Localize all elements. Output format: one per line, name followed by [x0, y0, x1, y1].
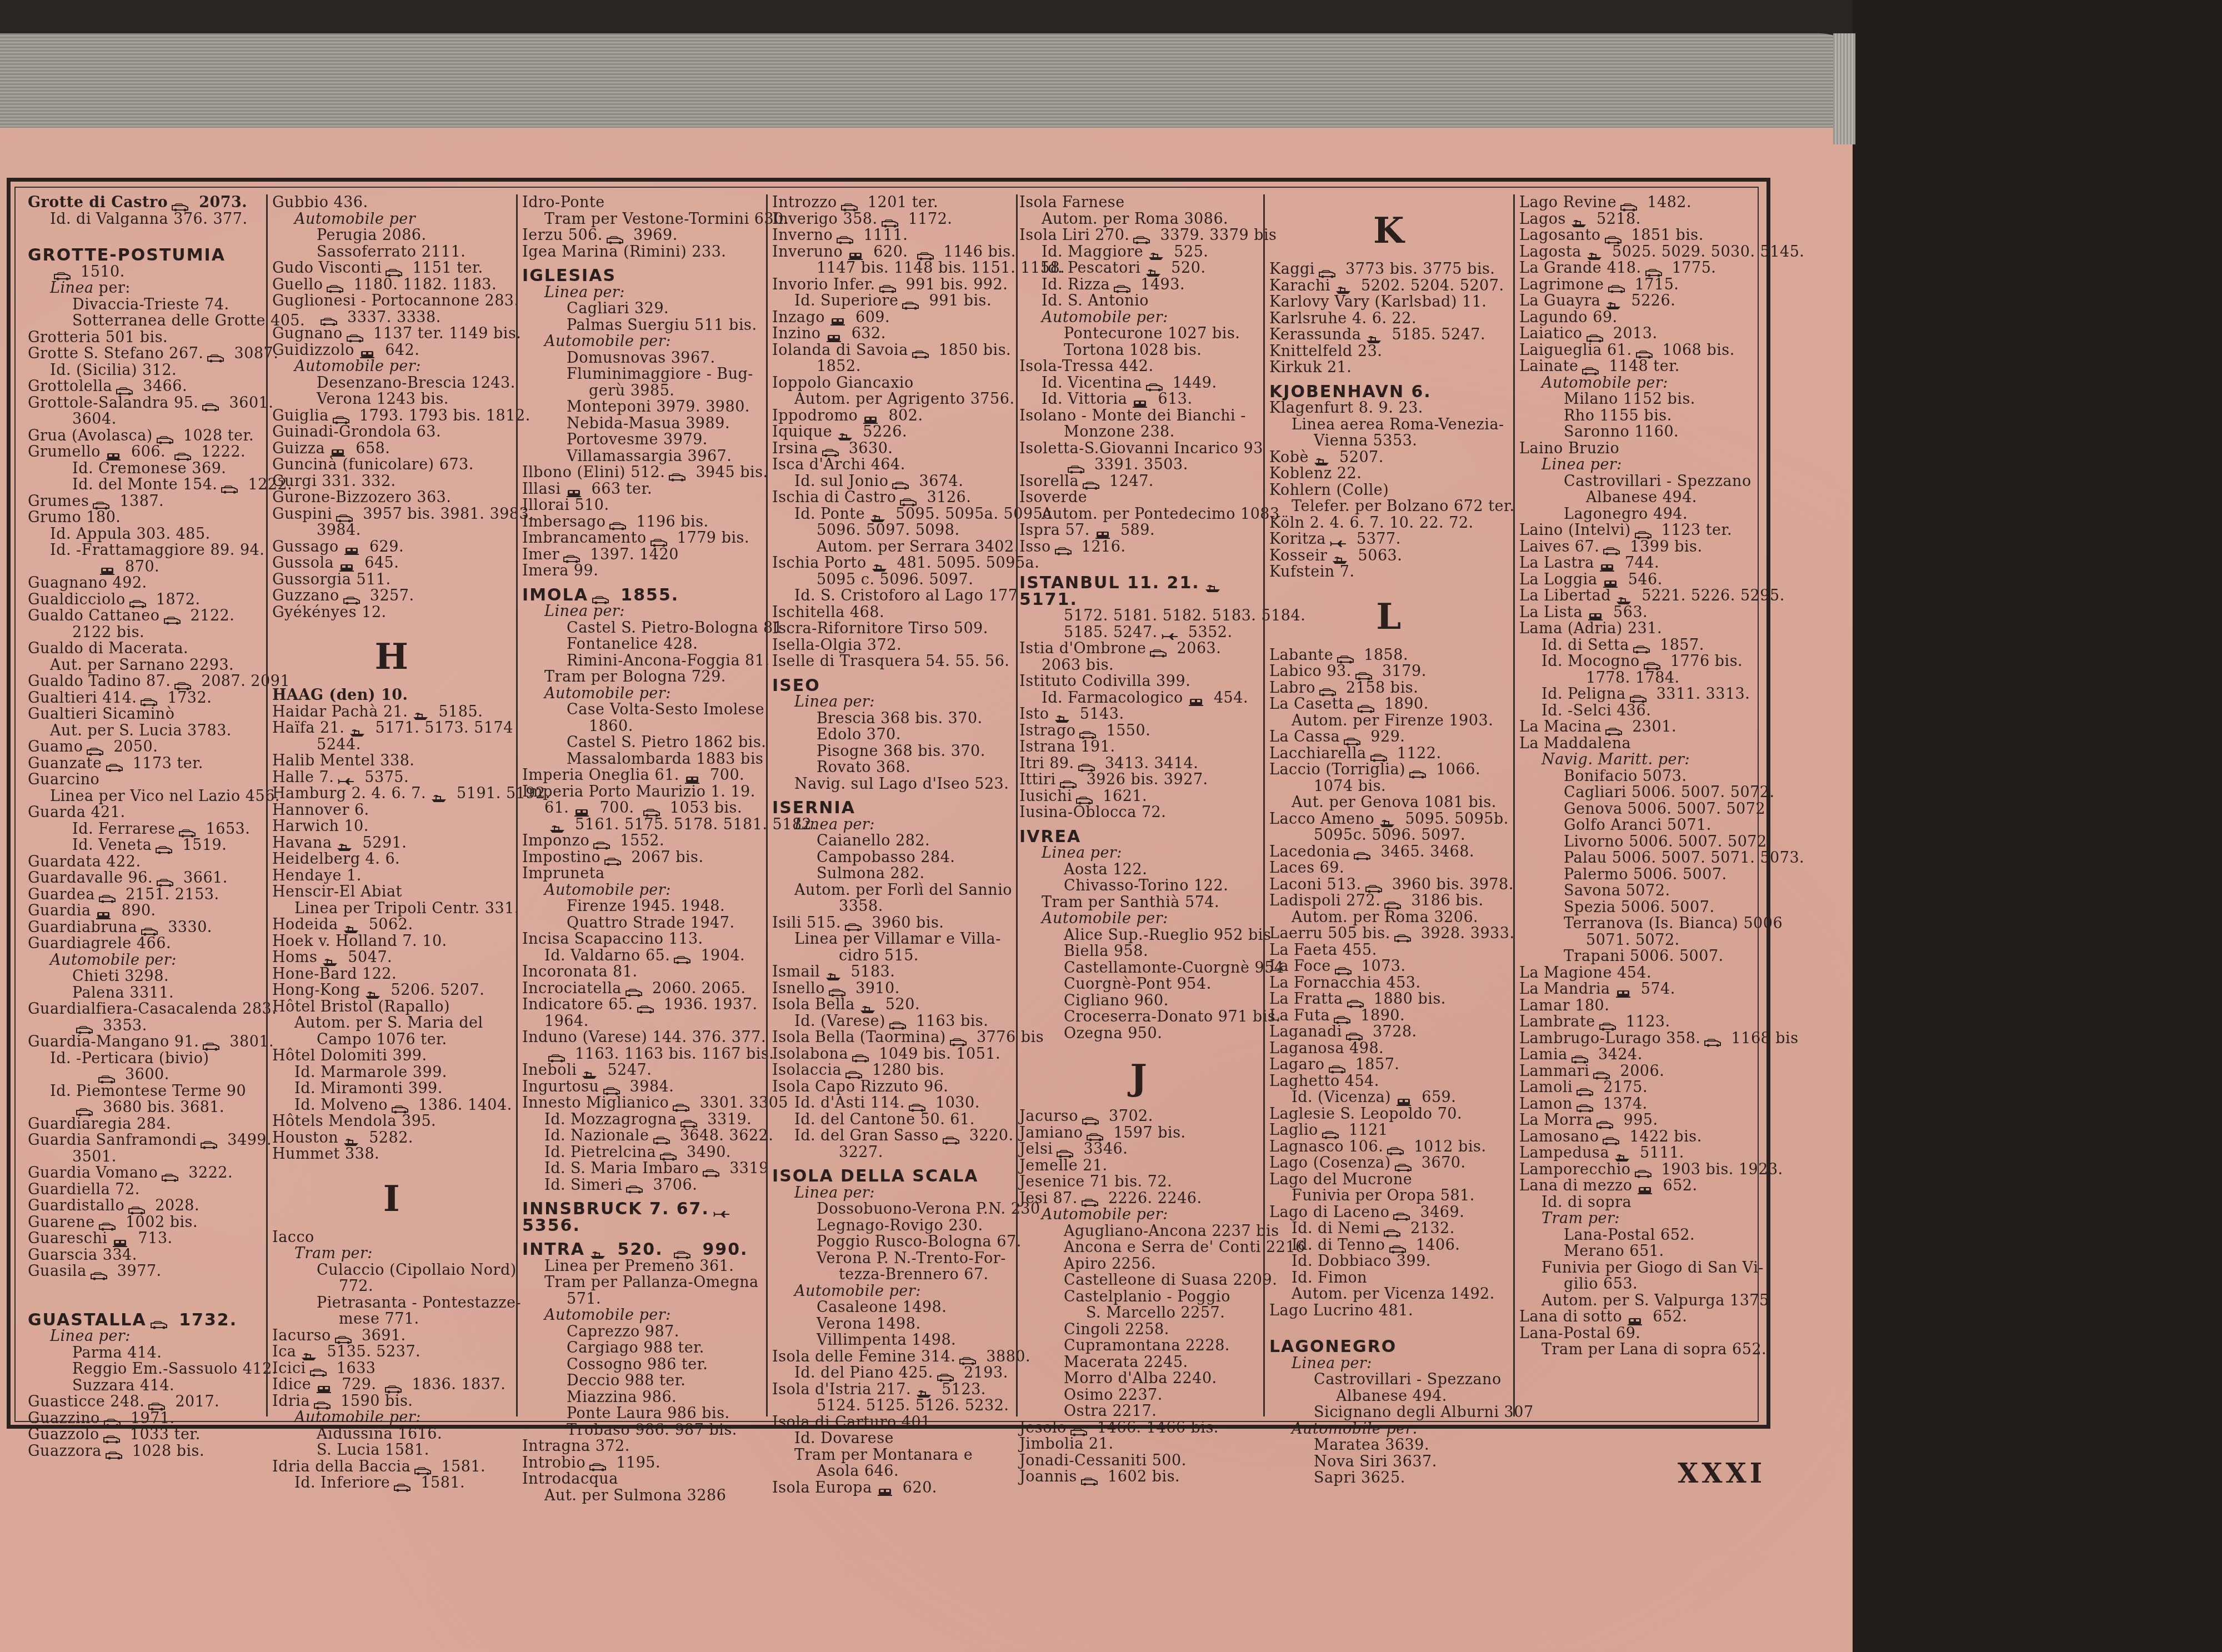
autobus-icon	[937, 1369, 955, 1378]
index-entry: Id. Peligna 3311. 3313.	[1519, 686, 1769, 703]
entry-text: Laccio (Torriglia)	[1269, 761, 1405, 778]
index-entry: Guasila 3977.	[28, 1263, 261, 1280]
entry-numbers: 3945 bis.	[690, 464, 768, 481]
index-entry: Casaleone 1498.	[772, 1299, 1011, 1316]
entry-numbers: 645.	[359, 554, 399, 572]
entry-text: Gubbio 436.	[272, 194, 368, 211]
autobus-icon	[414, 1463, 433, 1471]
entry-numbers: 642.	[380, 342, 419, 359]
index-entry: Isola Farnese	[1019, 194, 1258, 211]
entry-text: Id. del Cantone 50. 61.	[794, 1111, 975, 1128]
entry-text: Hoek v. Holland 7. 10.	[272, 933, 447, 950]
autobus-icon	[912, 346, 930, 355]
index-entry: Gubbio 436.	[272, 194, 511, 211]
entry-text: Portovesme 3979.	[567, 431, 708, 448]
entry-text: GROTTE-POSTUMIA	[28, 246, 226, 265]
entry-text: Jesenice 71 bis. 72.	[1019, 1173, 1172, 1190]
index-entry: Automobile per:	[522, 333, 761, 350]
entry-text: Miazzina 986.	[567, 1389, 677, 1406]
entry-text: Guarcino	[28, 771, 99, 788]
autobus-icon	[332, 412, 351, 420]
index-entry: Castelplanio - Poggio	[1019, 1289, 1258, 1305]
index-entry: Id. Farmacologico 454.	[1019, 690, 1258, 707]
index-entry: Gussola 645.	[272, 555, 511, 572]
entry-text: LAGONEGRO	[1269, 1337, 1397, 1356]
entry-numbers: 3926 bis. 3927.	[1082, 771, 1208, 788]
index-entry: Lagnasco 106. 1012 bis.	[1269, 1139, 1508, 1155]
index-entry: Macerata 2245.	[1019, 1354, 1258, 1371]
index-entry: Labico 93. 3179.	[1269, 663, 1508, 680]
tram-icon	[337, 559, 356, 568]
entry-text: Guello	[272, 276, 323, 293]
entry-text: tezza-Brennero 67.	[839, 1266, 989, 1283]
entry-numbers: 1173 ter.	[128, 755, 203, 772]
index-entry: Id. d'Asti 114. 1030.	[772, 1095, 1011, 1112]
entry-text: Harwich 10.	[272, 818, 369, 835]
entry-text: Jamiano	[1019, 1124, 1083, 1142]
autobus-icon	[309, 1364, 328, 1373]
index-entry: Imbrancamento 1779 bis.	[522, 530, 761, 547]
entry-numbers: 1387.	[114, 493, 164, 510]
entry-text: Guzzano	[272, 587, 339, 604]
entry-numbers: 1715.	[1630, 276, 1679, 293]
entry-text: Monteponi 3979. 3980.	[567, 398, 750, 415]
index-entry: Parma 414.	[28, 1345, 261, 1361]
index-entry: Grumes 1387.	[28, 493, 261, 510]
entry-text: Isella-Olgia 372.	[772, 637, 902, 654]
entry-text: Isola delle Femine 314.	[772, 1348, 955, 1365]
index-entry: Isola Bella 520.	[772, 997, 1011, 1013]
entry-numbers: 1850 bis.	[934, 342, 1011, 359]
entry-numbers: 3087.	[229, 345, 278, 362]
page-number: XXXI	[1678, 1458, 1765, 1489]
entry-text: Verona P. N.-Trento-For-	[817, 1250, 1006, 1267]
index-entry: Poggio Rusco-Bologna 67.	[772, 1234, 1011, 1250]
autobus-icon	[92, 497, 111, 506]
entry-text: Imperia Oneglia 61.	[522, 767, 679, 784]
entry-text: Halib Mentel 338.	[272, 752, 414, 769]
entry-numbers: 589.	[1115, 522, 1155, 539]
ship-icon	[1585, 248, 1604, 257]
entry-text: Morro d'Alba 2240.	[1064, 1370, 1217, 1387]
entry-numbers: 3957 bis. 3981. 3983.	[358, 505, 534, 523]
index-entry: 2122 bis.	[28, 624, 261, 641]
index-entry: Chivasso-Torino 122.	[1019, 878, 1258, 894]
entry-numbers: 3977.	[112, 1263, 162, 1280]
entry-numbers: 2006.	[1615, 1063, 1664, 1080]
index-entry: Jemelle 21.	[1019, 1158, 1258, 1174]
index-entry: Id. Valdarno 65. 1904.	[522, 948, 761, 964]
entry-text: Tram per Bologna 729.	[544, 668, 726, 685]
entry-text: Ischia Porto	[772, 554, 867, 572]
index-entry: Automobile per:	[772, 1283, 1011, 1300]
entry-text: Id. Miramonti 399.	[294, 1080, 443, 1097]
entry-text: La Guayra	[1519, 292, 1600, 309]
index-entry: cidro 515.	[772, 948, 1011, 964]
entry-text: ISERNIA	[772, 798, 855, 818]
index-entry: Gussorgia 511.	[272, 572, 511, 588]
index-entry: Lamar 180.	[1519, 998, 1769, 1014]
autobus-icon	[1599, 1018, 1618, 1027]
entry-text: Idice	[272, 1376, 311, 1393]
entry-numbers: 3466.	[138, 378, 187, 395]
entry-text: mese 771.	[339, 1310, 419, 1328]
entry-text: Imponzo	[522, 832, 589, 849]
ship-icon	[411, 708, 430, 717]
autobus-icon	[1645, 264, 1664, 273]
index-entry: Id. Simeri 3706.	[522, 1177, 761, 1194]
autobus-icon	[844, 919, 863, 928]
index-entry: Id. Vittoria 613.	[1019, 391, 1258, 408]
entry-numbers: 700.	[594, 799, 639, 817]
entry-numbers: 5047.	[343, 949, 392, 966]
entry-numbers: 1122.	[1392, 745, 1442, 762]
autobus-icon	[86, 743, 105, 752]
entry-text: Quattro Strade 1947.	[567, 914, 735, 932]
index-entry: Istituto Codivilla 399.	[1019, 673, 1258, 690]
entry-numbers: 3630.	[844, 440, 893, 457]
entry-text: Guanzate	[28, 755, 102, 772]
entry-numbers: 1552.	[615, 832, 664, 849]
autobus-icon	[116, 383, 134, 392]
entry-text: 1852.	[817, 358, 861, 375]
entry-text: Isola-Tressa 442.	[1019, 358, 1154, 375]
entry-numbers: 3728.	[1368, 1023, 1417, 1040]
entry-text: Gualdo Cattaneo	[28, 607, 160, 624]
index-entry: Sapri 3625.	[1269, 1470, 1508, 1486]
index-entry: Guardialfiera-Casacalenda 283.	[28, 1001, 261, 1018]
entry-text: Laganadi	[1269, 1023, 1342, 1040]
entry-text: Navig. sul Lago d'Iseo 523.	[794, 775, 1009, 793]
autobus-icon	[1634, 1165, 1653, 1174]
index-entry: Aidussina 1616.	[272, 1426, 511, 1443]
index-entry: Isola di Carturo 401.	[772, 1414, 1011, 1431]
entry-text: Id. Farmacologico	[1042, 689, 1183, 707]
entry-text: Id. Mozzagrogna	[544, 1111, 677, 1128]
index-entry: 5124. 5125. 5126. 5232.	[772, 1398, 1011, 1414]
entry-text: Guamo	[28, 738, 83, 755]
entry-text: IVREA	[1019, 827, 1081, 847]
entry-text: GUASTALLA	[28, 1310, 147, 1330]
entry-numbers: 606.	[126, 443, 171, 460]
entry-numbers: 1397. 1420	[585, 546, 679, 563]
entry-text: S. Lucia 1581.	[317, 1441, 429, 1459]
entry-text: Imperia Porto Maurizio 1. 19.	[522, 783, 755, 800]
entry-numbers: 525.	[1169, 243, 1208, 261]
column-rule	[266, 194, 268, 1416]
index-entry: Henscir-El Abiat	[272, 884, 511, 900]
entry-numbers: 1597 bis.	[1108, 1124, 1185, 1142]
entry-numbers: 1633	[332, 1360, 376, 1377]
index-entry: Automobile per:	[1019, 910, 1258, 927]
autobus-icon	[673, 1246, 692, 1255]
ship-icon	[1364, 331, 1383, 340]
entry-text: Castelleone di Suasa 2209.	[1064, 1271, 1277, 1289]
entry-text: Lainate	[1519, 358, 1578, 375]
entry-text: Iacurso	[272, 1327, 331, 1344]
index-entry: Guzzano 3257.	[272, 588, 511, 604]
entry-numbers: 3499.	[222, 1132, 272, 1149]
index-entry: Guardea 2151. 2153.	[28, 887, 261, 903]
index-entry: 1510.	[28, 264, 261, 281]
entry-text: Autom. per Pontedecimo 1083	[1042, 505, 1280, 523]
index-entry: La Maddalena	[1519, 735, 1769, 752]
index-entry: Ancona e Serra de' Conti 2216	[1019, 1239, 1258, 1256]
index-entry: Karlsruhe 4. 6. 22.	[1269, 311, 1508, 327]
index-entry: Savona 5072.	[1519, 883, 1769, 899]
index-entry: Deccio 988 ter.	[522, 1373, 761, 1389]
index-entry: Id. Mocogno 1776 bis.	[1519, 653, 1769, 670]
autobus-icon	[106, 759, 124, 768]
autobus-icon	[1082, 1113, 1100, 1122]
entry-text: 1964.	[544, 1013, 589, 1030]
entry-numbers: 1855.	[614, 585, 679, 605]
entry-numbers: 1399 bis.	[1625, 538, 1702, 555]
index-entry: Aosta 122.	[1019, 862, 1258, 878]
autobus-icon	[1322, 1127, 1340, 1135]
index-entry: 5095c. 5096. 5097.	[1269, 827, 1508, 844]
index-entry: Id. (Sicilia) 312.	[28, 362, 261, 379]
tram-icon	[846, 248, 865, 257]
entry-numbers: 632.	[847, 325, 886, 342]
entry-text: Edolo 370.	[817, 726, 901, 743]
entry-numbers: 1168 bis	[1726, 1030, 1798, 1047]
index-entry: La Magione 454.	[1519, 965, 1769, 982]
index-entry: Knittelfeld 23.	[1269, 343, 1508, 360]
entry-numbers: 3706.	[648, 1177, 697, 1194]
index-entry: Automobile per:	[1019, 1207, 1258, 1223]
entry-text: Isca d'Archi 464.	[772, 456, 905, 473]
autobus-icon	[1394, 930, 1413, 939]
entry-text: La Fratta	[1269, 990, 1343, 1008]
entry-numbers: 1449.	[1168, 374, 1217, 392]
entry-text: gilio 653.	[1564, 1275, 1638, 1293]
index-entry: Lacedonia 3465. 3468.	[1269, 844, 1508, 860]
entry-text: Lambrate	[1519, 1013, 1595, 1030]
entry-text: Ittiri	[1019, 771, 1056, 788]
entry-text: Guardia Sanframondi	[28, 1132, 197, 1149]
index-entry: Rovato 368.	[772, 759, 1011, 776]
index-entry: Id. S. Antonio	[1019, 293, 1258, 309]
entry-numbers: 1858.	[1359, 647, 1408, 664]
index-entry: Isto 5143.	[1019, 706, 1258, 723]
index-entry: Itri 89. 3413. 3414.	[1019, 755, 1258, 772]
spacer	[1269, 1319, 1508, 1331]
entry-numbers: 3928. 3933.	[1416, 925, 1515, 942]
index-entry: La Futa 1890.	[1269, 1008, 1508, 1024]
entry-text: Id. Piemontese Terme 90	[50, 1083, 246, 1100]
autobus-icon	[1075, 792, 1094, 801]
index-entry: Id. sul Jonio 3674.	[772, 473, 1011, 490]
entry-text: Isto	[1019, 705, 1049, 723]
index-column-7: Lago Revine 1482. Lagos 5218. Lagosanto …	[1519, 194, 1769, 1416]
entry-numbers: 3379. 3379 bis	[1155, 227, 1277, 244]
entry-text: Automobile per:	[1042, 309, 1168, 326]
entry-text: Linea aerea Roma-Venezia-	[1292, 416, 1504, 433]
index-entry: Milano 1152 bis.	[1519, 391, 1769, 408]
entry-text: Guncinà (funicolare) 673.	[272, 456, 474, 473]
entry-numbers: 3984.	[625, 1078, 674, 1095]
autobus-icon	[1629, 690, 1648, 699]
entry-numbers: 1201 ter.	[863, 194, 938, 211]
entry-numbers: 1779 bis.	[672, 529, 749, 547]
entry-numbers: 991 bis. 992.	[901, 276, 1008, 293]
entry-text: Guardiabruna	[28, 919, 137, 936]
entry-text: Navig. Maritt. per:	[1542, 751, 1690, 768]
entry-text: Tortona 1028 bis.	[1064, 342, 1202, 359]
autobus-icon	[221, 481, 239, 490]
entry-numbers: 3311. 3313.	[1652, 685, 1750, 703]
entry-text: Id. -Frattamaggiore 89. 94.	[50, 542, 264, 559]
entry-numbers: 1068 bis.	[1658, 342, 1735, 359]
index-entry: Laino (Intelvi) 1123 ter.	[1519, 522, 1769, 539]
index-entry: Heidelberg 4. 6.	[272, 851, 511, 868]
entry-numbers: 3319	[724, 1160, 769, 1177]
entry-text: Palermo 5006. 5007.	[1564, 866, 1727, 883]
index-entry: Gualdicciolo 1872.	[28, 592, 261, 608]
index-entry: Introzzo 1201 ter.	[772, 194, 1011, 211]
index-entry: Alice Sup.-Rueglio 952 bis	[1019, 927, 1258, 944]
index-entry: Aut. per S. Lucia 3783.	[28, 723, 261, 739]
entry-text: Ineboli	[522, 1062, 577, 1079]
autobus-icon	[548, 1050, 567, 1059]
index-entry: Lacco Ameno 5095. 5095b.	[1269, 811, 1508, 828]
index-entry: Imponzo 1552.	[522, 833, 761, 849]
tram-icon	[1394, 1094, 1413, 1103]
index-entry: Innesto Miglianico 3301. 3305	[522, 1095, 761, 1112]
index-entry: Incoronata 81.	[522, 964, 761, 980]
entry-text: Id. Vittoria	[1042, 391, 1127, 408]
index-entry: Intragna 372.	[522, 1438, 761, 1455]
autobus-icon	[320, 313, 339, 322]
entry-numbers: 2073.	[193, 194, 247, 211]
entry-text: Dossobuono-Verona P.N. 230	[817, 1200, 1040, 1218]
tram-icon	[342, 543, 361, 552]
autobus-icon	[1328, 1061, 1347, 1070]
index-entry: Inveruno 620. 1146 bis.	[772, 244, 1011, 261]
entry-numbers: 1732.	[172, 1310, 237, 1330]
entry-text: Campobasso 284.	[817, 849, 955, 866]
entry-text: Rovato 368.	[817, 759, 910, 776]
entry-text: Inzago	[772, 309, 825, 326]
autobus-icon	[178, 825, 197, 834]
autobus-icon	[1319, 684, 1338, 693]
entry-text: Automobile per:	[544, 1306, 671, 1324]
entry-text: Poggio Rusco-Bologna 67.	[817, 1233, 1022, 1250]
index-entry: Gudo Visconti 1151 ter.	[272, 260, 511, 277]
autobus-icon	[171, 199, 190, 208]
entry-text: Macerata 2245.	[1064, 1354, 1188, 1371]
index-entry: Agugliano-Ancona 2237 bis	[1019, 1223, 1258, 1240]
entry-text: Automobile per:	[1292, 1420, 1418, 1438]
index-entry: Automobile per:	[272, 1409, 511, 1426]
autobus-icon	[174, 678, 193, 687]
entry-text: Cossogno 986 ter.	[567, 1356, 708, 1373]
entry-numbers: 1482.	[1642, 194, 1691, 211]
entry-numbers: 1836. 1837.	[407, 1376, 506, 1393]
index-entry: Dossobuono-Verona P.N. 230	[772, 1201, 1011, 1218]
index-entry: Houston 5282.	[272, 1130, 511, 1147]
entry-numbers: 1123.	[1621, 1013, 1670, 1030]
entry-numbers: 1857.	[1655, 637, 1704, 654]
index-entry: Isca d'Archi 464.	[772, 457, 1011, 473]
index-entry: Tram per Montanara e	[772, 1447, 1011, 1464]
page-edges-stack	[0, 33, 1853, 128]
entry-text: Linea per Vico nel Lazio 456.	[50, 788, 280, 805]
entry-text: Culaccio (Cipollaio Nord)	[317, 1261, 517, 1279]
index-entry: Tram per:	[1519, 1210, 1769, 1227]
entry-text: Guardata 422.	[28, 853, 141, 870]
index-entry: Fontanelice 428.	[522, 636, 761, 653]
autobus-icon	[822, 444, 840, 453]
index-entry: Spezia 5006. 5007.	[1519, 899, 1769, 916]
entry-text: Iusichi	[1019, 788, 1072, 805]
ship-icon	[858, 1001, 877, 1010]
index-entry: Funivia per Oropa 581.	[1269, 1188, 1508, 1204]
index-entry: Id. di Nemi 2132.	[1269, 1220, 1508, 1237]
index-entry: 5096. 5097. 5098.	[772, 522, 1011, 539]
autobus-icon	[1056, 1145, 1075, 1154]
entry-text: Hone-Bard 122.	[272, 965, 397, 983]
ship-icon	[914, 1385, 933, 1394]
entry-text: Karlsruhe 4. 6. 22.	[1269, 310, 1417, 327]
entry-text: Id. del Gran Sasso	[794, 1127, 939, 1144]
index-entry: Ippodromo 802.	[772, 408, 1011, 424]
entry-text: Guardavalle 96.	[28, 869, 153, 887]
index-column-1: Grotte di Castro 2073. Id. di Valganna 3…	[28, 194, 261, 1416]
index-entry: Lagosanto 1851 bis.	[1519, 227, 1769, 244]
entry-text: Tram per Santhià 574.	[1042, 894, 1219, 911]
index-entry: Campobasso 284.	[772, 849, 1011, 866]
index-entry: Id. Appula 303. 485.	[28, 526, 261, 543]
entry-numbers: 3465. 3468.	[1375, 843, 1474, 860]
entry-numbers: 1386. 1404.	[413, 1097, 512, 1114]
index-entry: Trapani 5006. 5007.	[1519, 948, 1769, 965]
index-entry: Ingurtosu 3984.	[522, 1079, 761, 1095]
index-entry: Cagliari 329.	[522, 301, 761, 317]
index-entry: Id. Inferiore 1581.	[272, 1475, 511, 1491]
entry-numbers: 1172.	[903, 211, 953, 228]
ship-icon	[824, 968, 843, 977]
entry-text: Id. Pescatori	[1042, 259, 1140, 277]
autobus-icon	[140, 694, 159, 703]
entry-text: Laiatico	[1519, 325, 1583, 342]
entry-text: Campo 1076 ter.	[317, 1031, 447, 1048]
index-entry: Idro-Ponte	[522, 194, 761, 211]
index-entry: Iacco	[272, 1229, 511, 1246]
entry-numbers: 2063.	[1172, 640, 1221, 657]
entry-text: Genova 5006. 5007. 5072.	[1564, 800, 1770, 818]
entry-numbers: 3337. 3338.	[342, 309, 441, 326]
entry-text: Chivasso-Torino 122.	[1064, 877, 1228, 894]
entry-text: Isili 515.	[772, 914, 841, 932]
entry-numbers: 5206. 5207.	[386, 982, 484, 999]
entry-numbers: 3353.	[98, 1017, 147, 1034]
entry-text: Terranova (Is. Bianca) 5006	[1564, 915, 1783, 932]
index-entry: Quattro Strade 1947.	[522, 915, 761, 932]
index-entry: Aut. per Sulmona 3286	[522, 1488, 761, 1504]
entry-text: Isola d'Istria 217.	[772, 1381, 911, 1398]
entry-text: Id. (Varese)	[794, 1013, 885, 1030]
tram-icon	[875, 1484, 894, 1493]
index-entry: Guazzino 1971.	[28, 1410, 261, 1427]
index-entry: Id. Ferrarese 1653.	[28, 821, 261, 838]
entry-text: Kirkuk 21.	[1269, 359, 1352, 376]
entry-numbers: 3490.	[682, 1144, 731, 1161]
index-entry: 3680 bis. 3681.	[28, 1099, 261, 1116]
entry-text: Castellamonte-Cuorgnè 954	[1064, 959, 1284, 977]
entry-text: Laino (Intelvi)	[1519, 522, 1631, 539]
